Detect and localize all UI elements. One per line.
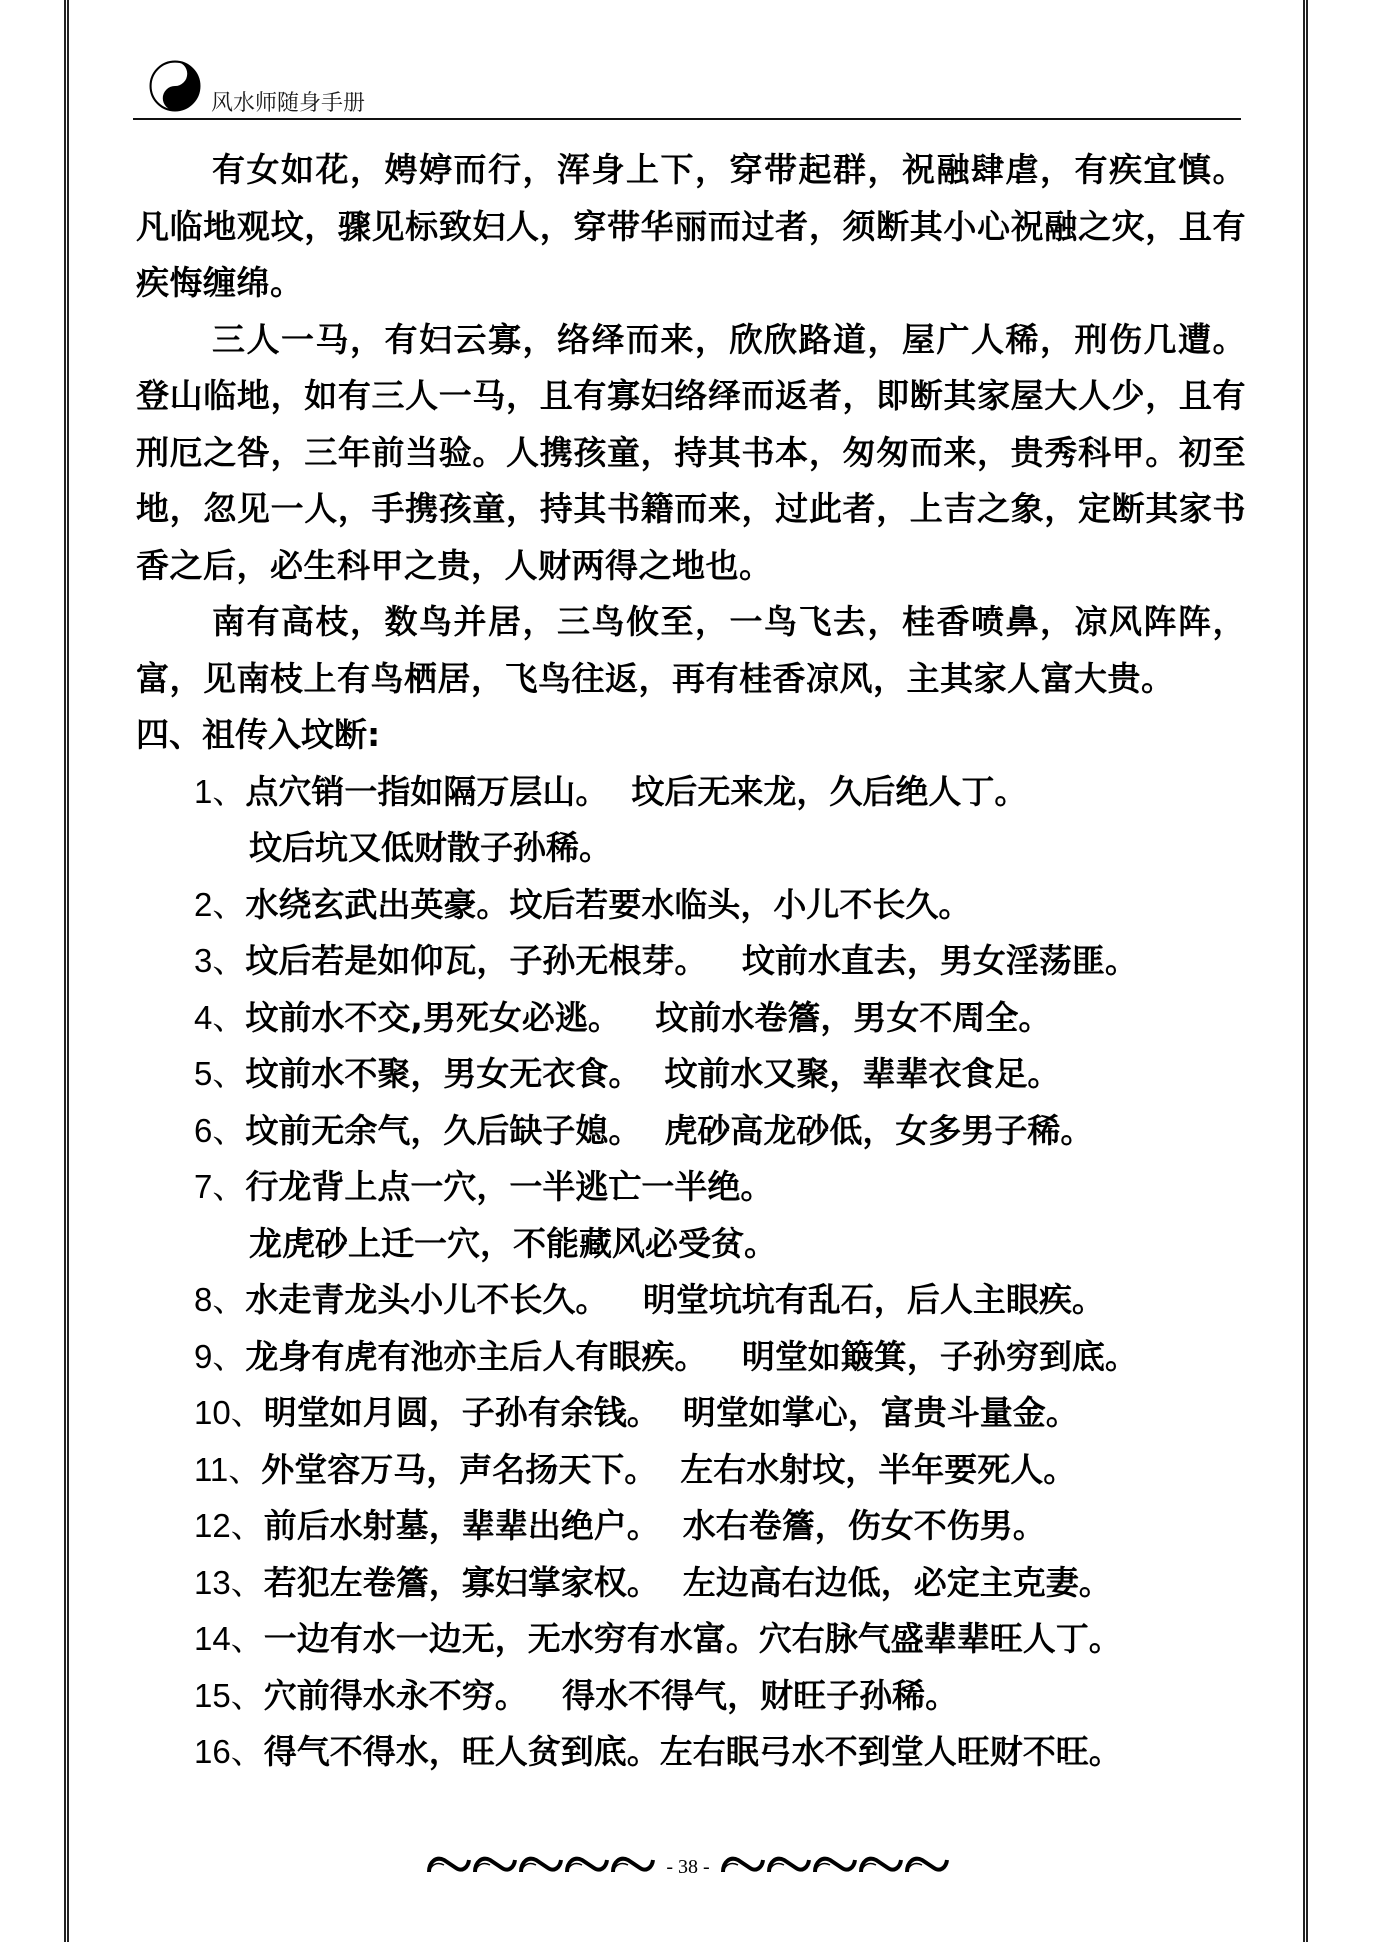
page-header: 风水师随身手册 xyxy=(133,58,1241,120)
item-number: 6、 xyxy=(194,1112,245,1149)
item-text: 一边有水一边无，无水穷有水富。穴右脉气盛辈辈旺人丁。 xyxy=(264,1619,1122,1658)
ornament-right xyxy=(720,1848,950,1878)
item-text: 坟后若是如仰瓦，子孙无根芽。 坟前水直去，男女淫荡匪。 xyxy=(245,941,1137,980)
item-number: 5、 xyxy=(194,1055,245,1092)
wave-scroll-ornament-icon xyxy=(812,1848,858,1878)
list-item: 6、坟前无余气，久后缺子媳。 虎砂高龙砂低，女多男子稀。 xyxy=(136,1103,1246,1160)
item-number: 3、 xyxy=(194,942,245,979)
header-divider xyxy=(133,118,1241,120)
paragraph: 南有高枝，数鸟并居，三鸟攸至，一鸟飞去，桂香喷鼻，凉风阵阵，富，见南枝上有鸟栖居… xyxy=(136,594,1246,707)
wave-scroll-ornament-icon xyxy=(472,1848,518,1878)
list-item: 12、前后水射墓，辈辈出绝户。 水右卷簷，伤女不伤男。 xyxy=(136,1498,1246,1555)
item-number: 8、 xyxy=(194,1281,245,1318)
wave-scroll-ornament-icon xyxy=(720,1848,766,1878)
item-text: 前后水射墓，辈辈出绝户。 水右卷簷，伤女不伤男。 xyxy=(264,1506,1046,1545)
list-item: 5、坟前水不聚，男女无衣食。 坟前水又聚，辈辈衣食足。 xyxy=(136,1046,1246,1103)
item-number: 14、 xyxy=(194,1620,264,1657)
page-number: - 38 - xyxy=(666,1848,709,1879)
item-text: 水走青龙头小儿不长久。 明堂坑坑有乱石，后人主眼疾。 xyxy=(245,1280,1104,1319)
list-item: 16、得气不得水，旺人贫到底。左右眠弓水不到堂人旺财不旺。 xyxy=(136,1724,1246,1781)
page-border-right xyxy=(1303,0,1308,1942)
list-item: 8、水走青龙头小儿不长久。 明堂坑坑有乱石，后人主眼疾。 xyxy=(136,1272,1246,1329)
item-text: 得气不得水，旺人贫到底。左右眠弓水不到堂人旺财不旺。 xyxy=(264,1732,1122,1771)
section-heading: 四、祖传入坟断: xyxy=(136,707,1246,764)
item-text: 外堂容万马，声名扬天下。 左右水射坟，半年要死人。 xyxy=(261,1450,1076,1489)
list-item-continuation: 坟后坑又低财散子孙稀。 xyxy=(136,820,1246,877)
list-item: 1、点穴销一指如隔万层山。 坟后无来龙，久后绝人丁。 xyxy=(136,764,1246,821)
list-item: 13、若犯左卷簷，寡妇掌家权。 左边高右边低，必定主克妻。 xyxy=(136,1555,1246,1612)
item-text: 明堂如月圆，子孙有余钱。 明堂如掌心，富贵斗量金。 xyxy=(264,1393,1079,1432)
item-text: 龙身有虎有池亦主后人有眼疾。 明堂如簸箕，子孙穷到底。 xyxy=(245,1337,1137,1376)
wave-scroll-ornament-icon xyxy=(858,1848,904,1878)
wave-scroll-ornament-icon xyxy=(564,1848,610,1878)
item-number: 1、 xyxy=(194,773,245,810)
item-number: 15、 xyxy=(194,1677,264,1714)
item-text: 坟前水不交,男死女必逃。 坟前水卷簷，男女不周全。 xyxy=(245,998,1051,1037)
list-item: 3、坟后若是如仰瓦，子孙无根芽。 坟前水直去，男女淫荡匪。 xyxy=(136,933,1246,990)
list-item: 11、外堂容万马，声名扬天下。 左右水射坟，半年要死人。 xyxy=(136,1442,1246,1499)
item-text: 坟前无余气，久后缺子媳。 虎砂高龙砂低，女多男子稀。 xyxy=(245,1111,1093,1150)
item-number: 7、 xyxy=(194,1168,245,1205)
wave-scroll-ornament-icon xyxy=(610,1848,656,1878)
item-number: 2、 xyxy=(194,886,245,923)
item-number: 11、 xyxy=(194,1451,261,1488)
page-footer: - 38 - xyxy=(228,1843,1148,1883)
wave-scroll-ornament-icon xyxy=(766,1848,812,1878)
list-item: 7、行龙背上点一穴，一半逃亡一半绝。 xyxy=(136,1159,1246,1216)
item-number: 12、 xyxy=(194,1507,264,1544)
page-body: 有女如花，娉婷而行，浑身上下，穿带起群，祝融肆虐，有疾宜慎。凡临地观坟，骤见标致… xyxy=(136,142,1246,1781)
item-number: 16、 xyxy=(194,1733,264,1770)
page-border-left xyxy=(64,0,69,1942)
item-text: 水绕玄武出英豪。坟后若要水临头，小儿不长久。 xyxy=(245,885,971,924)
paragraph: 有女如花，娉婷而行，浑身上下，穿带起群，祝融肆虐，有疾宜慎。凡临地观坟，骤见标致… xyxy=(136,142,1246,312)
book-title: 风水师随身手册 xyxy=(211,86,365,117)
wave-scroll-ornament-icon xyxy=(904,1848,950,1878)
ornament-left xyxy=(426,1848,656,1878)
item-number: 9、 xyxy=(194,1338,245,1375)
item-text: 若犯左卷簷，寡妇掌家权。 左边高右边低，必定主克妻。 xyxy=(264,1563,1112,1602)
item-number: 13、 xyxy=(194,1564,264,1601)
wave-scroll-ornament-icon xyxy=(426,1848,472,1878)
item-text: 行龙背上点一穴，一半逃亡一半绝。 xyxy=(245,1167,773,1206)
list-item: 2、水绕玄武出英豪。坟后若要水临头，小儿不长久。 xyxy=(136,877,1246,934)
list-item: 9、龙身有虎有池亦主后人有眼疾。 明堂如簸箕，子孙穷到底。 xyxy=(136,1329,1246,1386)
item-text: 坟前水不聚，男女无衣食。 坟前水又聚，辈辈衣食足。 xyxy=(245,1054,1060,1093)
item-text: 穴前得水永不穷。 得水不得气，财旺子孙稀。 xyxy=(264,1676,958,1715)
taiji-yin-yang-icon xyxy=(149,60,201,112)
list-item: 10、明堂如月圆，子孙有余钱。 明堂如掌心，富贵斗量金。 xyxy=(136,1385,1246,1442)
list-item-continuation: 龙虎砂上迁一穴，不能藏风必受贫。 xyxy=(136,1216,1246,1273)
wave-scroll-ornament-icon xyxy=(518,1848,564,1878)
item-text: 点穴销一指如隔万层山。 坟后无来龙，久后绝人丁。 xyxy=(245,772,1027,811)
item-number: 10、 xyxy=(194,1394,264,1431)
list-item: 14、一边有水一边无，无水穷有水富。穴右脉气盛辈辈旺人丁。 xyxy=(136,1611,1246,1668)
paragraph: 三人一马，有妇云寡，络绎而来，欣欣路道，屋广人稀，刑伤几遭。登山临地，如有三人一… xyxy=(136,312,1246,595)
item-number: 4、 xyxy=(194,999,245,1036)
list-item: 4、坟前水不交,男死女必逃。 坟前水卷簷，男女不周全。 xyxy=(136,990,1246,1047)
list-item: 15、穴前得水永不穷。 得水不得气，财旺子孙稀。 xyxy=(136,1668,1246,1725)
